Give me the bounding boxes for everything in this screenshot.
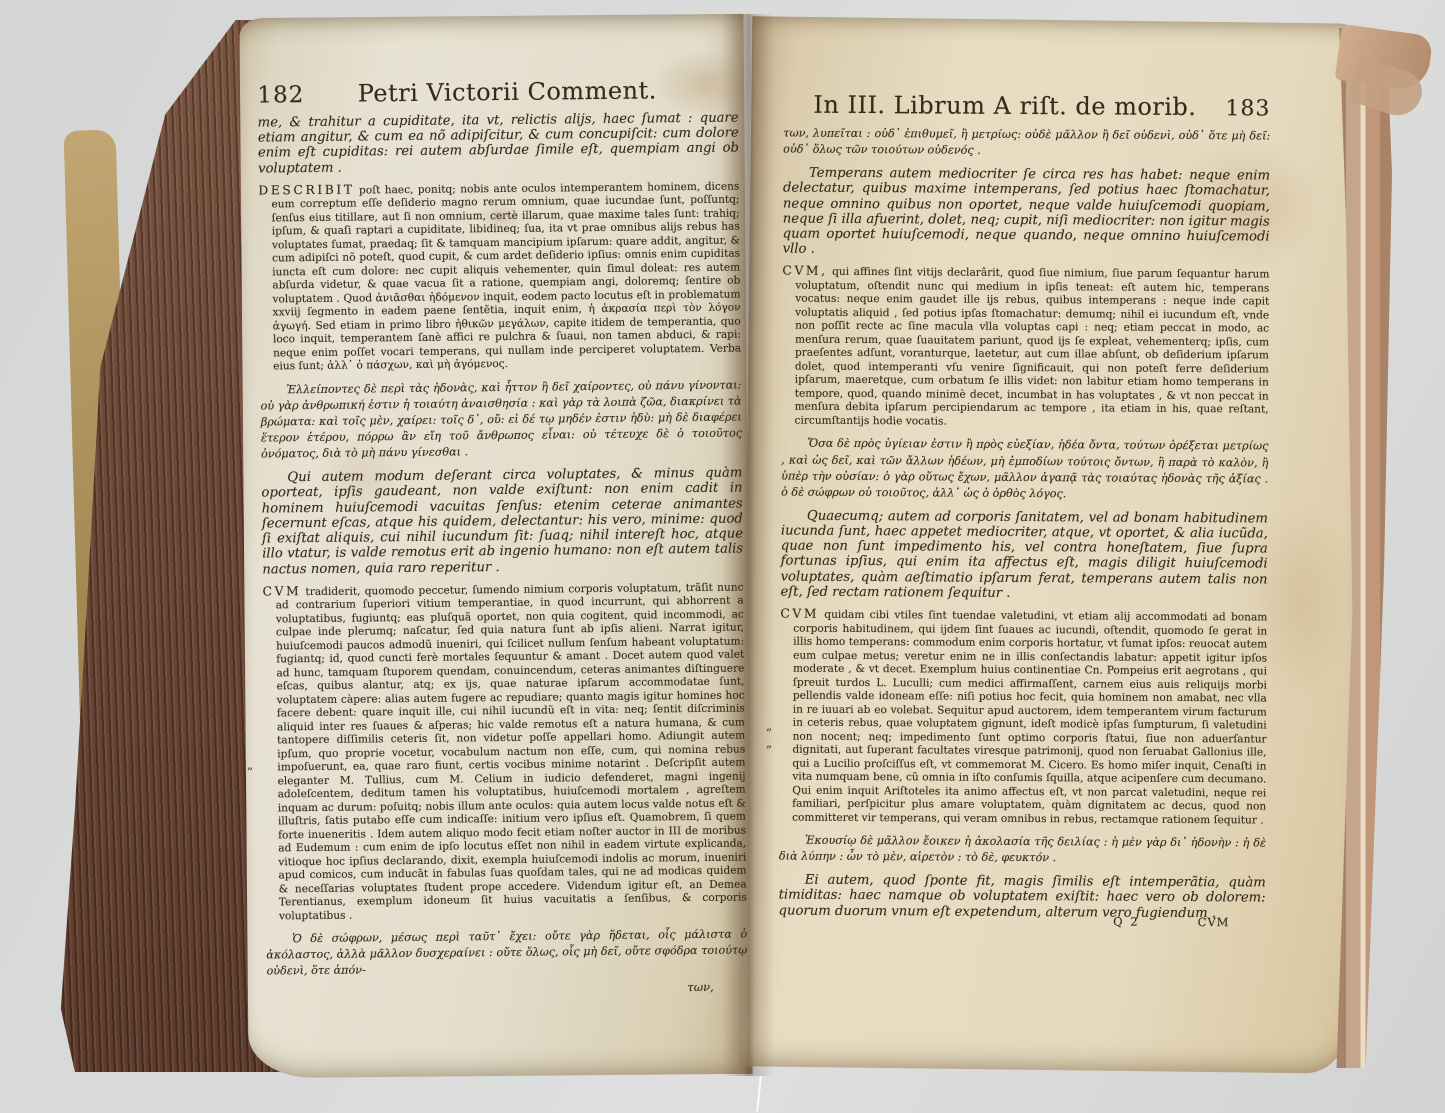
- paragraph-lead-word: CVM,: [782, 264, 827, 278]
- right-running-title: In III. Librum A riſt. de morib.: [783, 91, 1206, 122]
- photo-background: 182 Petri Victorii Comment. me, & trahit…: [0, 0, 1445, 1113]
- catchword: CVM: [1198, 915, 1230, 929]
- paragraph-body: poſt haec, ponitq; nobis ante oculos int…: [271, 180, 741, 372]
- right-page-header: In III. Librum A riſt. de morib. 183: [783, 91, 1270, 122]
- latin-commentary-paragraph: CVM tradiderit, quomodo peccetur, ſumend…: [262, 580, 747, 924]
- margin-quote-mark: „: [766, 719, 772, 733]
- greek-quotation: Ὅσα δὲ πρὸς ὑγίειαν ἐστιν ἢ πρὸς εὐεξίαν…: [781, 436, 1268, 503]
- background-scratch: [756, 1076, 762, 1112]
- greek-quotation: Ἑκουσίῳ δὲ μᾶλλον ἔοικεν ἡ ἀκολασία τῆς …: [779, 833, 1266, 868]
- margin-quote-mark: „: [766, 736, 772, 750]
- left-page-number: 182: [257, 82, 304, 108]
- greek-quotation: Ἐλλείποντες δὲ περὶ τὰς ἡδονὰς, καὶ ἧττο…: [260, 377, 742, 463]
- paragraph-lead-word: CVM: [262, 584, 301, 598]
- paragraph-body: tradiderit, quomodo peccetur, ſumendo ni…: [276, 581, 747, 922]
- paragraph-lead-word: CVM: [780, 607, 819, 621]
- margin-quote-mark: „: [247, 758, 253, 772]
- latin-italic-paragraph: Temperans autem mediocriter ſe circa res…: [783, 166, 1271, 260]
- latin-italic-paragraph: Ei autem, quod ſponte fit, magis ſimilis…: [779, 873, 1266, 922]
- quire-signature: Q 2: [1113, 914, 1139, 928]
- right-page-number: 183: [1206, 96, 1270, 121]
- latin-commentary-paragraph: DESCRIBIT poſt haec, ponitq; nobis ante …: [258, 179, 741, 374]
- left-running-title: Petri Victorii Comment.: [304, 76, 738, 109]
- greek-quotation: των, λυπεῖται : οὐδ᾽ ἐπιθυμεῖ, ἢ μετρίως…: [783, 126, 1270, 161]
- paragraph-body: quidam cibi vtiles ſint tuendae valetudi…: [792, 609, 1267, 826]
- right-page-text: In III. Librum A riſt. de morib. 183 των…: [778, 91, 1270, 930]
- latin-italic-paragraph: me, & trahitur a cupiditate, ita vt, rel…: [258, 111, 740, 177]
- latin-commentary-paragraph: CVM quidam cibi vtiles ſint tuendae vale…: [779, 608, 1267, 828]
- latin-italic-paragraph: Quaecumq; autem ad corporis ſanitatem, v…: [780, 508, 1268, 602]
- latin-commentary-paragraph: CVM, qui affines ſint vitijs declarârit,…: [781, 265, 1269, 431]
- left-page-text: 182 Petri Victorii Comment. me, & trahit…: [257, 76, 748, 999]
- paragraph-body: qui affines ſint vitijs declarârit, quod…: [795, 266, 1270, 427]
- latin-italic-paragraph: Qui autem modum deſerant circa voluptate…: [261, 466, 743, 577]
- paragraph-lead-word: DESCRIBIT: [258, 182, 354, 197]
- left-page-header: 182 Petri Victorii Comment.: [257, 76, 738, 109]
- greek-quotation: Ὁ δὲ σώφρων, μέσως περὶ ταῦτ᾽ ἔχει: οὔτε…: [266, 927, 747, 980]
